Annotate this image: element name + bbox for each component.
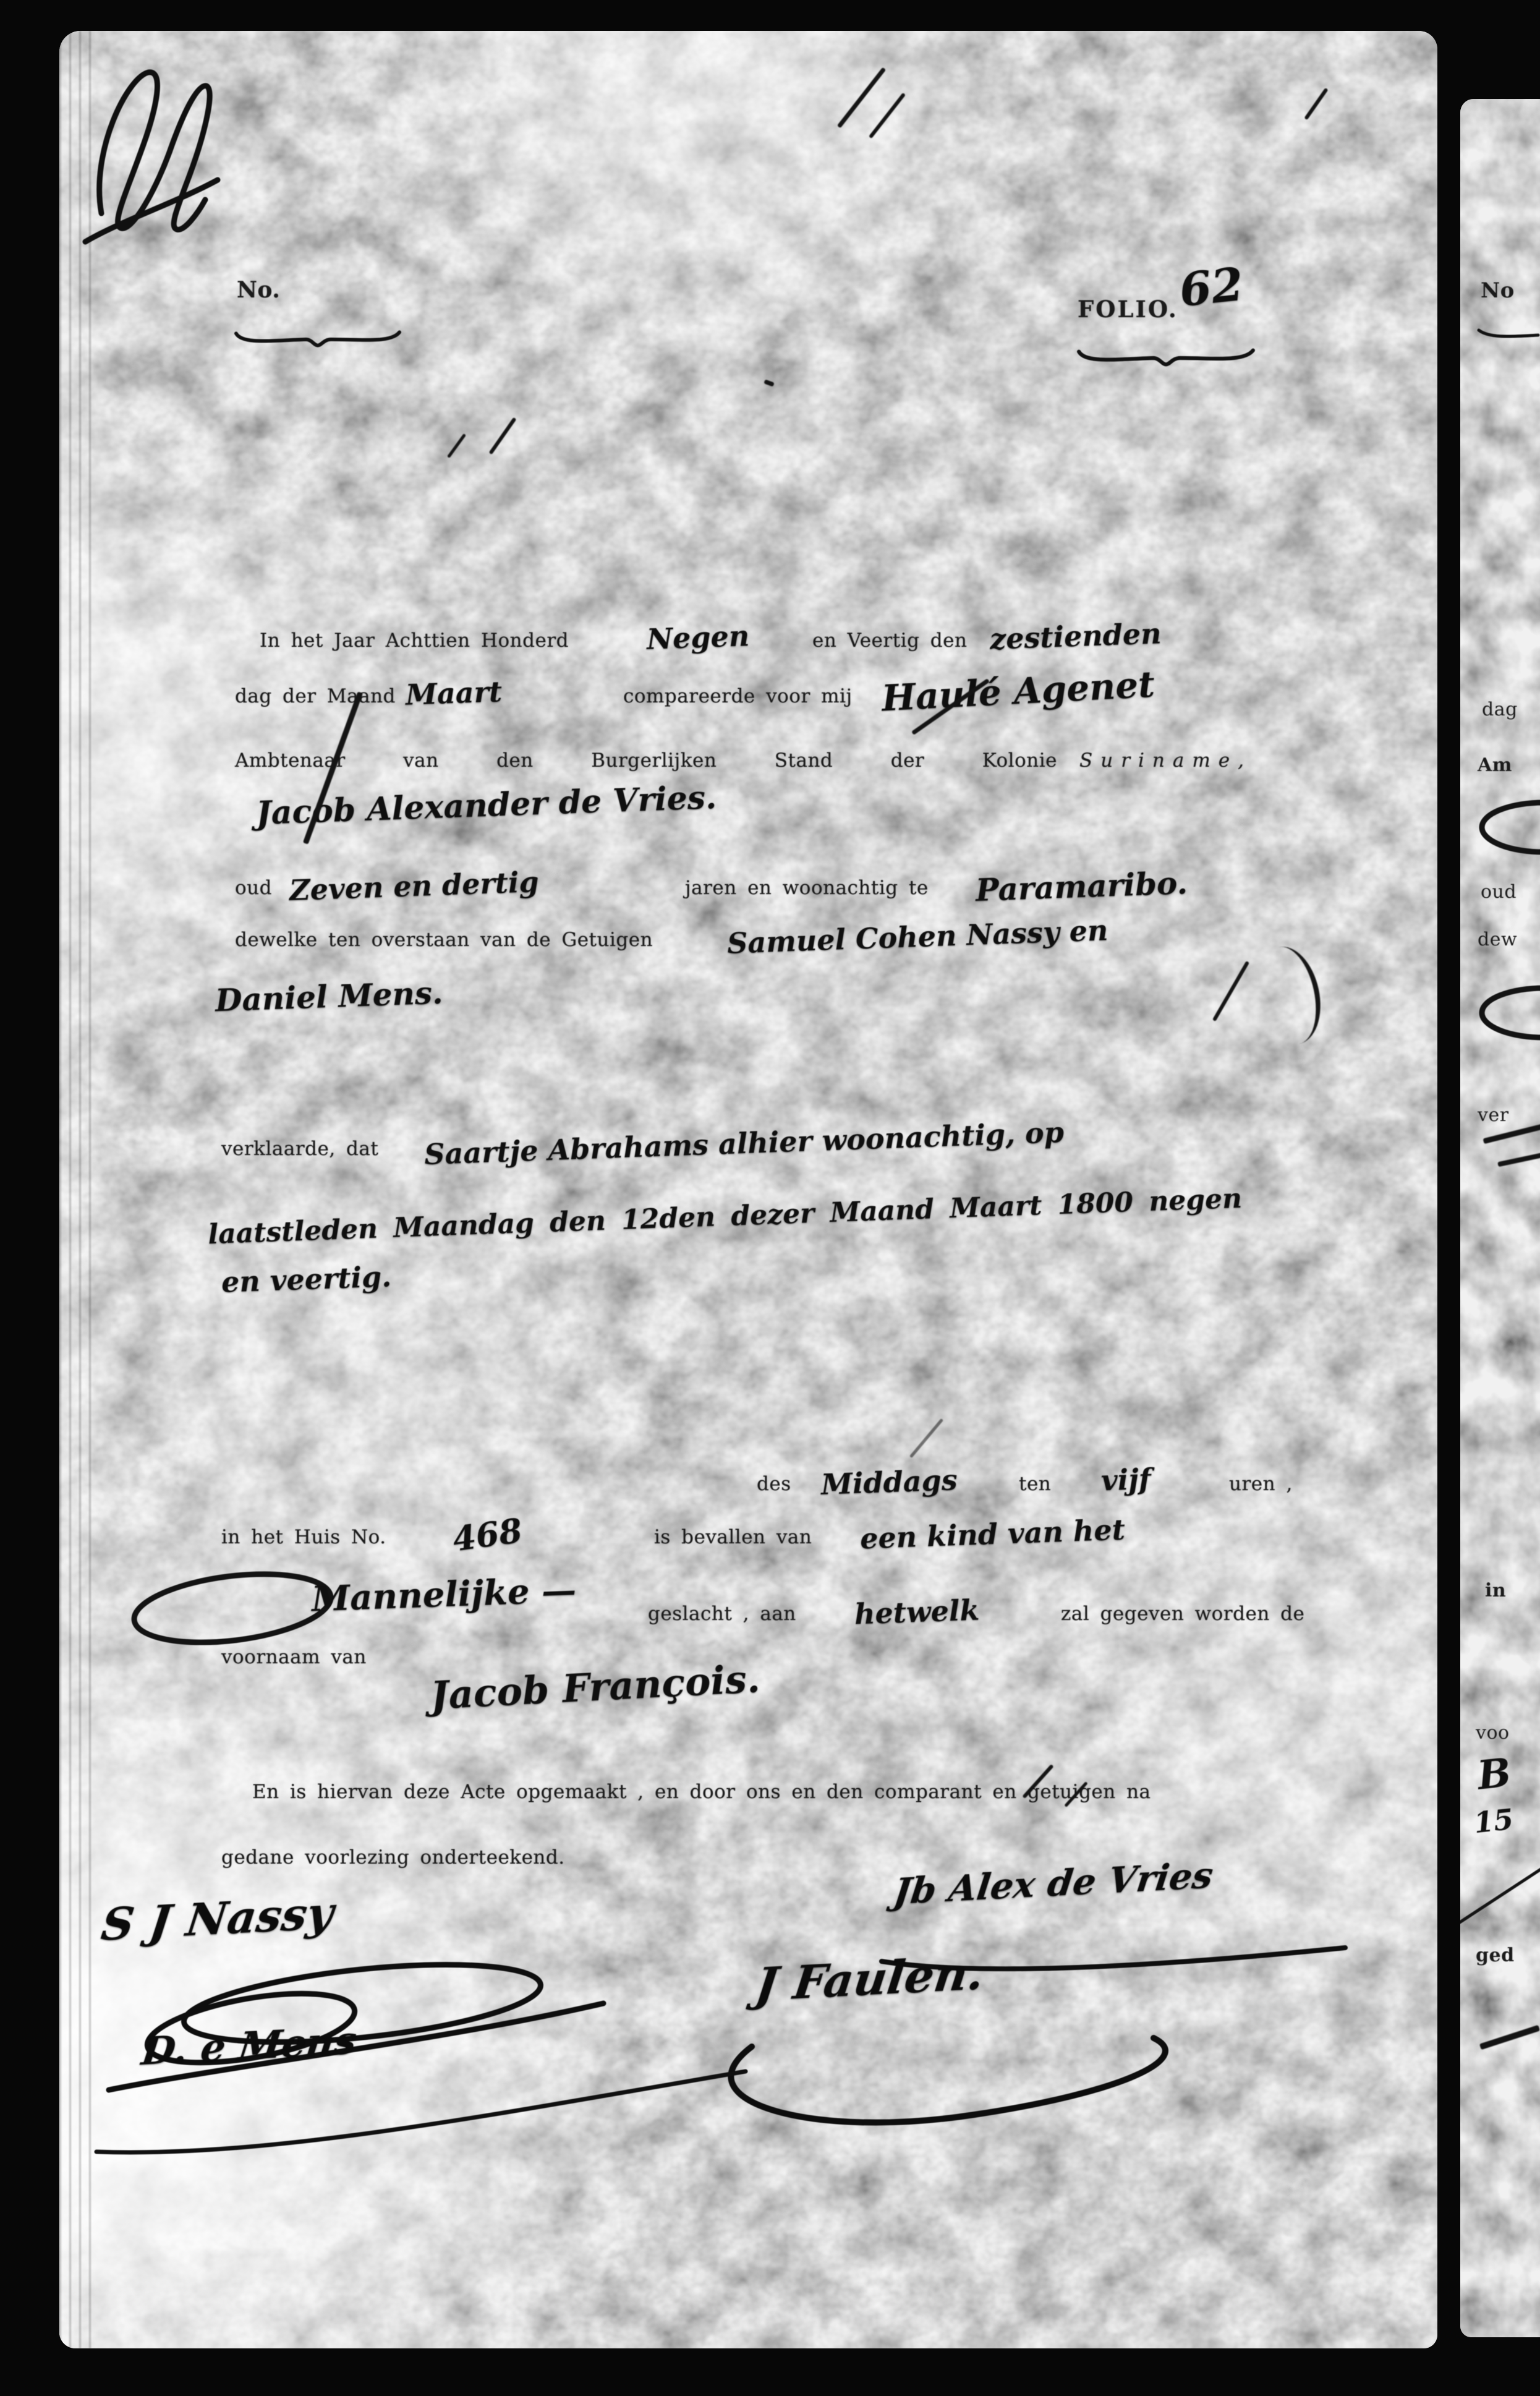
next-fragment-am: Am <box>1478 754 1512 776</box>
hw-house-number: 468 <box>450 1510 525 1559</box>
hw-age: Zeven en dertig <box>289 865 539 907</box>
printed-text: des <box>757 1473 791 1495</box>
act-line-8: verklaarde, dat Saartje Abrahams alhier … <box>59 1138 1437 1181</box>
act-closing-2: gedane voorlezing onderteekend. <box>59 1846 1437 1890</box>
hw-hour: vijf <box>1100 1462 1151 1498</box>
hw-hetwelk: hetwelk <box>854 1593 980 1631</box>
ink-layer: No dag Am oud dew ver in voo B 15 <box>1460 99 1540 2337</box>
next-diagonal-line <box>1460 1861 1540 1929</box>
hw-residence: Paramaribo. <box>975 864 1188 908</box>
hw-birth-date: laatstleden Maandag den 12den dezer Maan… <box>208 1183 1243 1250</box>
printed-text: Ambtenaar van den Burgerlijken Stand der… <box>235 749 1057 772</box>
ink-mark <box>837 67 886 129</box>
ink-mark <box>488 417 516 455</box>
signature-official: J Faulen. <box>752 1946 987 2011</box>
hw-daypart: Middags <box>820 1463 958 1501</box>
folio-number: 62 <box>1177 258 1246 317</box>
act-line-6: dewelke ten overstaan van de Getuigen Sa… <box>59 929 1437 972</box>
act-line-2: dag der Maand Maart compareerde voor mij… <box>59 685 1437 728</box>
act-line-9: laatstleden Maandag den 12den dezer Maan… <box>59 1201 1437 1244</box>
hw-year-word: Negen <box>646 619 750 656</box>
ink-mark <box>1479 2025 1540 2050</box>
folio-label: FOLIO. <box>1078 296 1178 323</box>
signature-witness-2-swash <box>96 2071 752 2164</box>
printed-text: compareerde voor mij <box>623 685 853 707</box>
printed-text: verklaarde, dat <box>221 1138 378 1160</box>
printed-text: In het Jaar Achttien Honderd <box>260 629 569 652</box>
ink-mark <box>1497 1151 1540 1167</box>
next-fragment-in: in <box>1485 1580 1506 1601</box>
next-fragment-dag: dag <box>1482 699 1518 720</box>
next-fragment-oud: oud <box>1481 881 1517 903</box>
next-no-label: No <box>1481 278 1515 303</box>
printed-text: dag der Maand <box>235 685 396 707</box>
printed-text: zal gegeven worden de <box>1061 1603 1304 1625</box>
ink-mark <box>447 433 466 458</box>
next-hw-fragment-1: B <box>1475 1749 1513 1799</box>
hw-mother-declaration: Saartje Abrahams alhier woonachtig, op <box>423 1115 1064 1171</box>
hw-gender: Mannelijke — <box>311 1570 577 1620</box>
act-line-7: Daniel Mens. <box>59 978 1437 1021</box>
microfilm-frame: No. FOLIO. 62 In het Jaar Achttien Honde… <box>0 0 1540 2396</box>
hw-day-word: zestienden <box>989 616 1162 656</box>
ink-mark <box>869 93 906 139</box>
act-line-1: In het Jaar Achttien Honderd Negen en Ve… <box>59 629 1437 673</box>
ink-layer: No. FOLIO. 62 In het Jaar Achttien Honde… <box>59 31 1437 2348</box>
next-page-sliver: No dag Am oud dew ver in voo B 15 <box>1460 99 1540 2337</box>
ink-mark <box>764 379 774 386</box>
act-line-4: Jacob Alexander de Vries. <box>59 787 1437 830</box>
hw-given-name: Jacob François. <box>429 1656 761 1718</box>
next-fragment-dew: dew <box>1478 929 1517 950</box>
printed-text: En is hiervan deze Acte opgemaakt , en d… <box>252 1781 1151 1803</box>
hw-witness-1: Samuel Cohen Nassy en <box>726 913 1108 960</box>
birth-act-page: No. FOLIO. 62 In het Jaar Achttien Honde… <box>59 31 1437 2348</box>
printed-text: en Veertig den <box>812 629 967 652</box>
next-hw-fragment-2: 15 <box>1472 1802 1515 1840</box>
printed-text: jaren en woonachtig te <box>685 877 929 899</box>
printed-text: geslacht , aan <box>648 1603 796 1625</box>
hw-month: Maart <box>405 675 503 711</box>
ink-mark <box>909 1418 943 1458</box>
next-fragment-ged: ged <box>1476 1945 1515 1966</box>
printed-text: is bevallen van <box>654 1526 812 1548</box>
hw-witness-2: Daniel Mens. <box>215 974 443 1019</box>
printed-text: dewelke ten overstaan van de Getuigen <box>235 929 653 951</box>
next-no-brace <box>1478 326 1539 341</box>
signature-official-loop <box>708 2022 1215 2139</box>
act-line-13: Mannelijke — geslacht , aan hetwelk zal … <box>59 1603 1437 1646</box>
act-line-10: en veertig. <box>59 1263 1437 1306</box>
act-line-11: des Middags ten vijf uren , <box>59 1473 1437 1516</box>
printed-text: ten <box>1019 1473 1051 1495</box>
hw-birth-date-cont: en veertig. <box>221 1260 392 1299</box>
act-closing-1: En is hiervan deze Acte opgemaakt , en d… <box>59 1781 1437 1824</box>
clerk-monogram-flourish <box>84 59 226 250</box>
next-flourish-oval-1 <box>1476 798 1540 857</box>
printed-text: uren , <box>1229 1473 1293 1495</box>
act-line-15: Jacob François. <box>59 1665 1437 1708</box>
no-brace <box>234 328 402 350</box>
no-label: No. <box>237 277 280 303</box>
folio-brace <box>1076 346 1256 369</box>
printed-text: oud <box>235 877 272 899</box>
ink-mark <box>1304 88 1328 121</box>
next-fragment-ver: ver <box>1478 1104 1509 1126</box>
act-line-5: oud Zeven en dertig jaren en woonachtig … <box>59 877 1437 920</box>
next-fragment-voo: voo <box>1476 1722 1510 1744</box>
next-flourish-oval-2 <box>1476 983 1540 1042</box>
hw-child-phrase: een kind van het <box>859 1513 1126 1556</box>
printed-text: gedane voorlezing onderteekend. <box>221 1846 565 1869</box>
printed-colony: Suriname, <box>1079 749 1252 772</box>
gender-flourish-oval <box>127 1562 338 1655</box>
printed-text: in het Huis No. <box>221 1526 386 1548</box>
